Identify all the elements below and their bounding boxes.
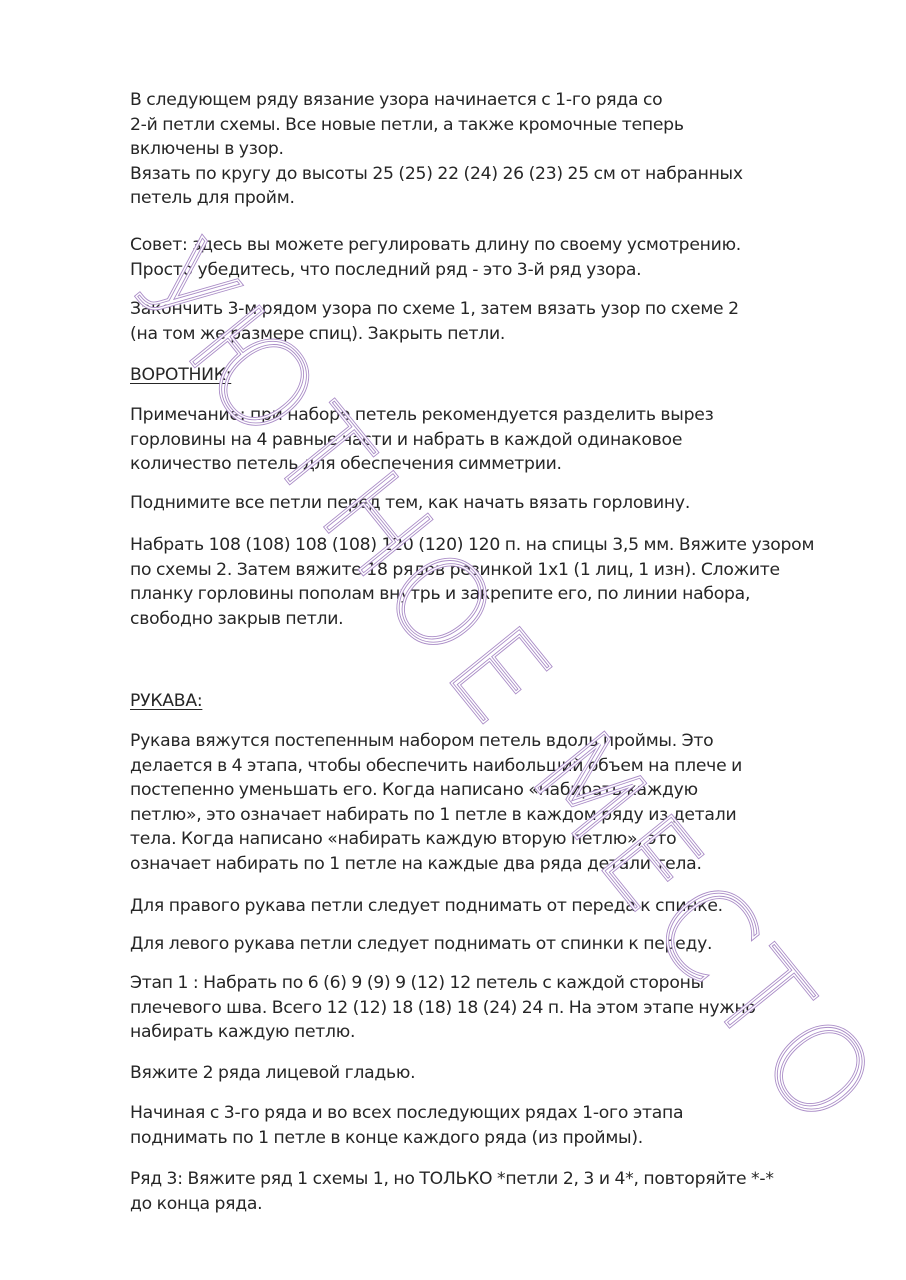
text-line: петель для пройм. <box>130 186 846 211</box>
text-line: поднимать по 1 петле в конце каждого ряд… <box>130 1126 846 1151</box>
paragraph: Для правого рукава петли следует поднима… <box>130 894 846 919</box>
paragraph: Закончить 3-м рядом узора по схеме 1, за… <box>130 297 846 346</box>
text-line: постепенно уменьшать его. Когда написано… <box>130 778 846 803</box>
text-line: ВОРОТНИК: <box>130 363 846 388</box>
text-line: набирать каждую петлю. <box>130 1020 846 1045</box>
text-line: Рукава вяжутся постепенным набором петел… <box>130 729 846 754</box>
text-line: Просто убедитесь, что последний ряд - эт… <box>130 258 846 283</box>
text-line: 2-й петли схемы. Все новые петли, а такж… <box>130 113 846 138</box>
paragraph: В следующем ряду вязание узора начинаетс… <box>130 88 846 211</box>
text-line: по схемы 2. Затем вяжите 18 рядов резинк… <box>130 558 846 583</box>
text-line: Совет: здесь вы можете регулировать длин… <box>130 233 846 258</box>
section-heading: ВОРОТНИК: <box>130 363 846 388</box>
document-page: В следующем ряду вязание узора начинаетс… <box>0 0 906 1280</box>
text-line: Для левого рукава петли следует поднимат… <box>130 932 846 957</box>
text-line: Ряд 3: Вяжите ряд 1 схемы 1, но ТОЛЬКО *… <box>130 1167 846 1192</box>
text-line: Начиная с 3-го ряда и во всех последующи… <box>130 1101 846 1126</box>
text-line: Для правого рукава петли следует поднима… <box>130 894 846 919</box>
text-line: Этап 1 : Набрать по 6 (6) 9 (9) 9 (12) 1… <box>130 971 846 996</box>
paragraph: Совет: здесь вы можете регулировать длин… <box>130 233 846 282</box>
text-line: свободно закрыв петли. <box>130 607 846 632</box>
paragraph: Поднимите все петли перед тем, как начат… <box>130 491 846 516</box>
paragraph: Примечание: при наборе петель рекомендуе… <box>130 403 846 477</box>
text-line: (на том же размере спиц). Закрыть петли. <box>130 322 846 347</box>
text-line: плечевого шва. Всего 12 (12) 18 (18) 18 … <box>130 996 846 1021</box>
text-line: Примечание: при наборе петель рекомендуе… <box>130 403 846 428</box>
text-line: означает набирать по 1 петле на каждые д… <box>130 852 846 877</box>
text-line: РУКАВА: <box>130 689 846 714</box>
text-line: Закончить 3-м рядом узора по схеме 1, за… <box>130 297 846 322</box>
text-line: Поднимите все петли перед тем, как начат… <box>130 491 846 516</box>
paragraph: Этап 1 : Набрать по 6 (6) 9 (9) 9 (12) 1… <box>130 971 846 1045</box>
text-line: В следующем ряду вязание узора начинаетс… <box>130 88 846 113</box>
text-line: Вяжите 2 ряда лицевой гладью. <box>130 1061 846 1086</box>
paragraph: Набрать 108 (108) 108 (108) 120 (120) 12… <box>130 533 846 631</box>
text-line: петлю», это означает набирать по 1 петле… <box>130 803 846 828</box>
text-line: включены в узор. <box>130 137 846 162</box>
text-line: горловины на 4 равные части и набрать в … <box>130 428 846 453</box>
paragraph: Ряд 3: Вяжите ряд 1 схемы 1, но ТОЛЬКО *… <box>130 1167 846 1216</box>
text-line: тела. Когда написано «набирать каждую вт… <box>130 827 846 852</box>
paragraph: Вяжите 2 ряда лицевой гладью. <box>130 1061 846 1086</box>
paragraph: Начиная с 3-го ряда и во всех последующи… <box>130 1101 846 1150</box>
paragraph: Для левого рукава петли следует поднимат… <box>130 932 846 957</box>
text-line: делается в 4 этапа, чтобы обеспечить наи… <box>130 754 846 779</box>
text-line: Вязать по кругу до высоты 25 (25) 22 (24… <box>130 162 846 187</box>
section-heading: РУКАВА: <box>130 689 846 714</box>
text-line: до конца ряда. <box>130 1192 846 1217</box>
text-line: планку горловины пополам внутрь и закреп… <box>130 582 846 607</box>
paragraph: Рукава вяжутся постепенным набором петел… <box>130 729 846 877</box>
text-line: количество петель для обеспечения симмет… <box>130 452 846 477</box>
text-line: Набрать 108 (108) 108 (108) 120 (120) 12… <box>130 533 846 558</box>
